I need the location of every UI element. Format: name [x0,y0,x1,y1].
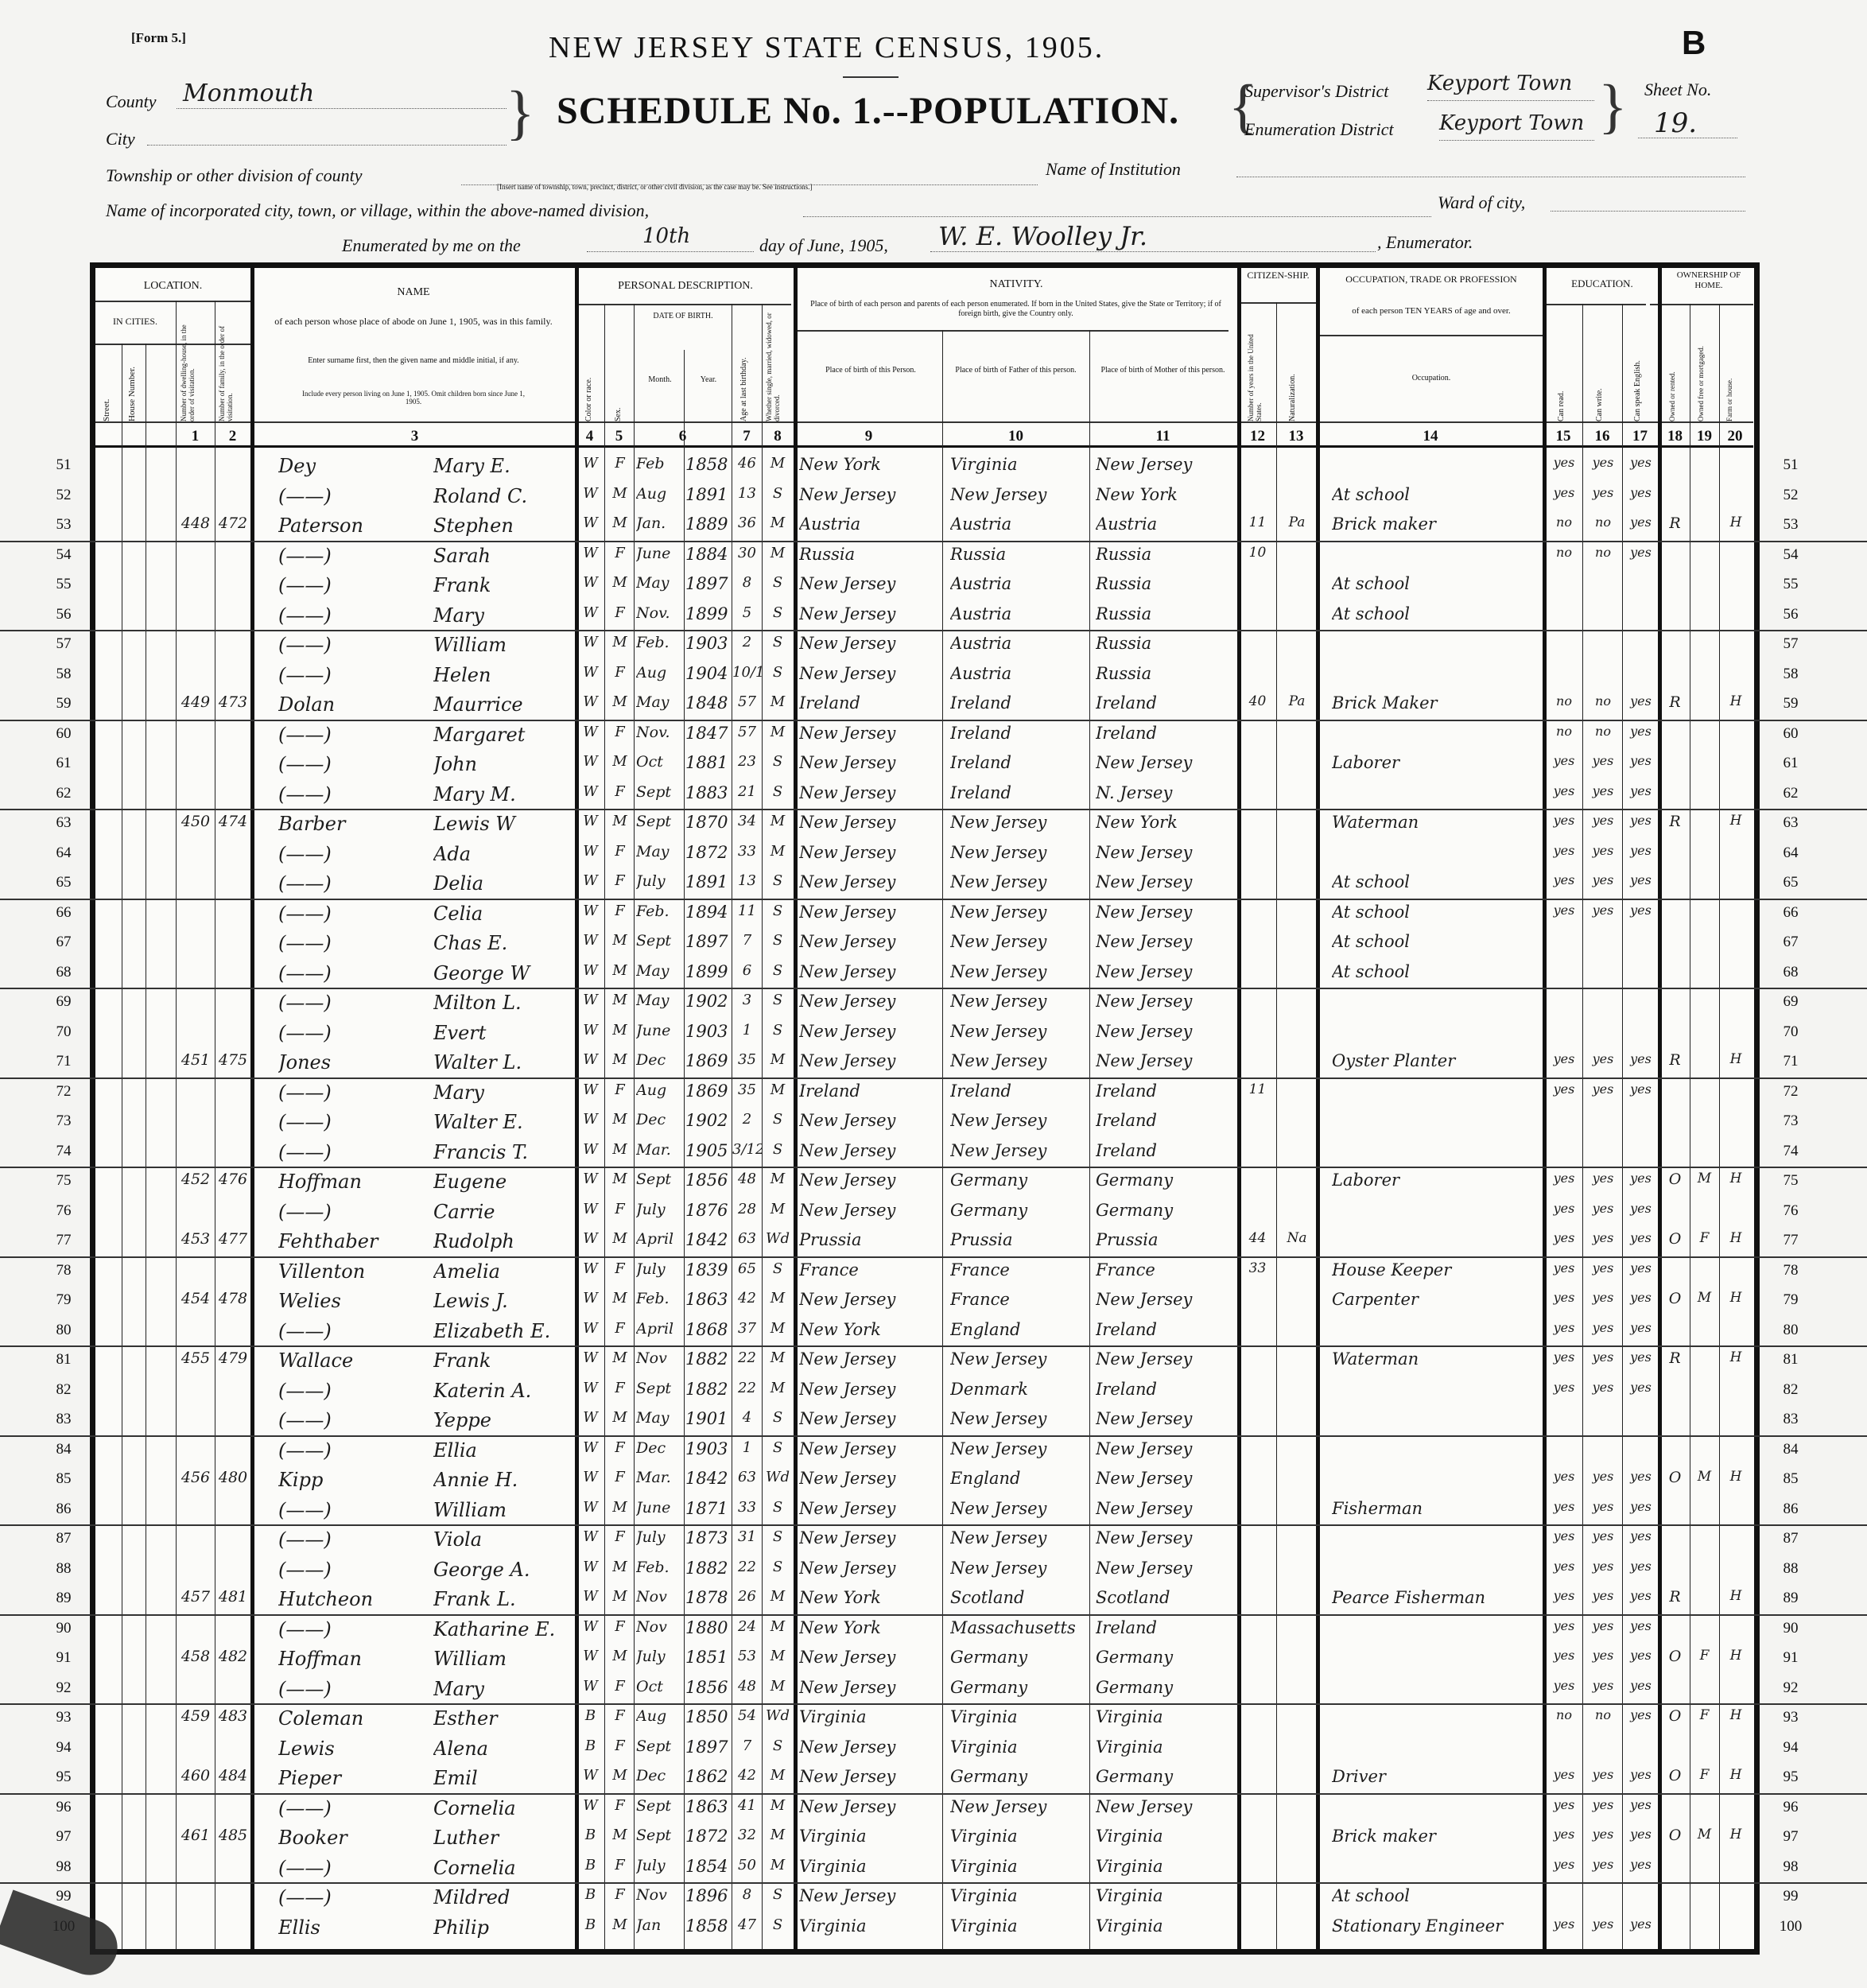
header-location: LOCATION. [95,280,250,293]
cell-pob: New Jersey [799,843,942,862]
col-divider [122,344,122,1950]
cell-age: 7 [732,932,762,949]
cell-sex: M [606,1349,634,1366]
cell-age: 53 [732,1648,762,1664]
row-number-left: 78 [40,1262,87,1279]
cell-sex: F [606,1528,634,1545]
cell-given: Elizabeth E. [433,1320,573,1342]
cell-read: yes [1546,1559,1582,1574]
cell-sex: F [606,1886,634,1903]
cell-age: 37 [732,1320,762,1337]
cell-occ: Oyster Planter [1332,1051,1539,1070]
cell-given: George A. [433,1559,573,1581]
cell-speak: yes [1624,545,1658,560]
cell-family: 478 [216,1290,250,1307]
col-num-18: 18 [1660,428,1690,445]
cell-month: May [636,693,684,711]
cell-father: Ireland [950,693,1089,712]
cell-own: R [1660,514,1690,532]
cell-year: 1878 [685,1588,732,1607]
cell-father: Austria [950,514,1089,534]
col-num-1: 1 [176,428,215,445]
cell-marital: M [763,545,793,561]
cell-speak: yes [1624,724,1658,739]
header-occupation-desc: of each person TEN YEARS of age and over… [1336,306,1527,316]
cell-sex: M [606,753,634,770]
cell-sex: F [606,872,634,889]
cell-marital: M [763,1588,793,1605]
cell-month: July [636,1857,684,1874]
cell-age: 26 [732,1588,762,1605]
cell-month: Feb [636,455,684,472]
county-field: Monmouth [177,80,507,109]
cell-surname: Villenton [278,1260,429,1283]
cell-color: W [576,1230,604,1247]
cell-month: Nov. [636,604,684,622]
cell-father: New Jersey [950,1111,1089,1130]
cell-family: 472 [216,514,250,532]
cell-mother: New Jersey [1096,962,1235,981]
cell-color: W [576,1559,604,1575]
cell-color: B [576,1738,604,1754]
row-number-right: 96 [1767,1799,1815,1816]
header-color: Color or race. [584,374,593,421]
cell-mother: Russia [1096,545,1235,564]
cell-mother: Russia [1096,574,1235,593]
cell-mother: New Jersey [1096,1022,1235,1041]
cell-write: yes [1584,485,1622,500]
cell-age: 4 [732,1409,762,1426]
row-number-left: 92 [40,1679,87,1697]
cell-surname: Wallace [278,1349,429,1372]
row-number-left: 51 [40,456,87,474]
cell-write: yes [1584,843,1622,858]
cell-month: Feb. [636,1559,684,1576]
header-can-write: Can write. [1595,366,1604,421]
cell-write: yes [1584,1051,1622,1066]
cell-age: 2 [732,1111,762,1128]
row-number-left: 75 [40,1172,87,1190]
cell-given: Philip [433,1916,573,1939]
header-farm-house: Farm or house. [1725,350,1733,421]
cell-farm: H [1720,1171,1752,1186]
cell-color: W [576,664,604,681]
header-occupation: Occupation. [1320,374,1543,383]
cell-age: 8 [732,1886,762,1903]
cell-pob: New Jersey [799,1528,942,1547]
col-divider [250,266,254,1951]
cell-occ: At school [1332,872,1539,891]
row-number-right: 87 [1767,1530,1815,1547]
ward-field [1551,203,1745,212]
cell-sex: M [606,514,634,531]
cell-occ: At school [1332,604,1539,623]
cell-speak: yes [1624,1469,1658,1484]
cell-year: 1856 [685,1171,732,1190]
col-num-4: 4 [575,428,604,445]
cell-year: 1869 [685,1051,732,1070]
cell-dwelling: 453 [177,1230,214,1248]
cell-color: W [576,962,604,979]
row-number-right: 65 [1767,874,1815,891]
row-number-right: 58 [1767,666,1815,683]
cell-color: W [576,992,604,1008]
cell-father: France [950,1260,1089,1279]
cell-year: 1858 [685,1916,732,1936]
cell-pob: New Jersey [799,1141,942,1160]
header-nativity-desc: Place of birth of each person and parent… [803,300,1228,318]
row-number-left: 56 [40,606,87,623]
cell-pob: New Jersey [799,1290,942,1309]
cell-mother: New Jersey [1096,1439,1235,1458]
cell-free: F [1690,1648,1719,1664]
cell-month: June [636,545,684,562]
cell-dwelling: 454 [177,1290,214,1307]
cell-color: W [576,1618,604,1635]
row-number-left: 65 [40,874,87,891]
cell-age: 3 [732,992,762,1008]
cell-marital: M [763,1797,793,1814]
row-number-right: 78 [1767,1262,1815,1279]
cell-speak: yes [1624,485,1658,500]
row-number-left: 83 [40,1411,87,1428]
cell-given: Celia [433,903,573,925]
sheet-letter: B [1682,24,1706,62]
cell-pob: New Jersey [799,1022,942,1041]
cell-occ: Laborer [1332,1171,1539,1190]
cell-marital: S [763,962,793,979]
cell-month: July [636,1201,684,1218]
cell-pob: New Jersey [799,604,942,623]
row-number-left: 81 [40,1351,87,1369]
cell-given: Mary [433,1081,573,1104]
cell-given: Walter L. [433,1051,573,1074]
cell-surname: (——) [278,1081,429,1104]
cell-farm: H [1720,693,1752,709]
cell-farm: H [1720,1349,1752,1365]
cell-given: Cornelia [433,1857,573,1879]
cell-pob: New Jersey [799,1678,942,1697]
cell-father: New Jersey [950,485,1089,504]
row-number-left: 70 [40,1023,87,1041]
cell-age: 23 [732,753,762,770]
cell-given: Mary E. [433,455,573,477]
row-number-right: 54 [1767,546,1815,564]
cell-read: yes [1546,1827,1582,1842]
row-group-divider [0,541,1867,542]
cell-father: Virginia [950,455,1089,474]
cell-father: Germany [950,1201,1089,1220]
enumerated-prefix: Enumerated by me on the [342,235,521,256]
cell-given: Eugene [433,1171,573,1193]
ward-label: Ward of city, [1438,192,1525,213]
cell-month: Nov [636,1886,684,1904]
col-divider [794,266,798,1951]
cell-farm: H [1720,1051,1752,1067]
header-ownership: OWNERSHIP OF HOME. [1662,270,1756,290]
cell-marital: M [763,724,793,740]
cell-mother: Germany [1096,1648,1235,1667]
cell-write: yes [1584,813,1622,828]
cell-write: no [1584,1707,1622,1722]
cell-pob: New Jersey [799,664,942,683]
header-personal: PERSONAL DESCRIPTION. [579,280,792,293]
cell-given: Lewis W [433,813,573,835]
cell-pob: Ireland [799,693,942,712]
cell-father: Austria [950,604,1089,623]
cell-read: no [1546,514,1582,530]
row-group-divider [0,720,1867,721]
cell-color: W [576,1081,604,1098]
cell-year: 1862 [685,1767,732,1786]
cell-marital: S [763,1111,793,1128]
cell-farm: H [1720,1827,1752,1842]
cell-color: B [576,1916,604,1933]
cell-given: Chas E. [433,932,573,954]
cell-father: Massachusetts [950,1618,1089,1637]
row-number-left: 57 [40,635,87,653]
row-number-right: 84 [1767,1441,1815,1458]
cell-write: yes [1584,1201,1622,1216]
row-number-right: 81 [1767,1351,1815,1369]
cell-month: July [636,1528,684,1546]
cell-farm: H [1720,1588,1752,1604]
cell-mother: New York [1096,813,1235,832]
row-number-right: 67 [1767,934,1815,951]
cell-month: May [636,574,684,592]
cell-color: W [576,753,604,770]
cell-color: W [576,1648,604,1664]
cell-read: yes [1546,813,1582,828]
cell-sex: M [606,962,634,979]
cell-surname: (——) [278,485,429,507]
cell-surname: (——) [278,1141,429,1163]
cell-sex: M [606,1022,634,1039]
cell-color: W [576,1022,604,1039]
cell-color: W [576,1349,604,1366]
cell-age: 6 [732,962,762,979]
row-number-left: 95 [40,1769,87,1786]
cell-month: June [636,1499,684,1516]
cell-farm: H [1720,1469,1752,1485]
header-rule [1547,304,1646,305]
cell-marital: M [763,1648,793,1664]
cell-speak: yes [1624,455,1658,470]
cell-father: New Jersey [950,1349,1089,1369]
cell-read: yes [1546,1380,1582,1395]
cell-sex: F [606,545,634,561]
cell-read: yes [1546,485,1582,500]
row-number-left: 54 [40,546,87,564]
cell-pob: New York [799,1588,942,1607]
cell-occ: At school [1332,932,1539,951]
cell-free: M [1690,1290,1719,1306]
cell-read: yes [1546,1618,1582,1633]
row-number-left: 69 [40,993,87,1011]
cell-color: W [576,1260,604,1277]
cell-pob: Ireland [799,1081,942,1101]
cell-marital: M [763,1051,793,1068]
header-education: EDUCATION. [1547,278,1658,290]
header-name-desc1: of each person whose place of abode on J… [270,316,557,328]
cell-age: 31 [732,1528,762,1545]
cell-family: 479 [216,1349,250,1367]
cell-marital: S [763,992,793,1008]
cell-surname: Dey [278,455,429,477]
cell-father: Germany [950,1648,1089,1667]
cell-given: Ellia [433,1439,573,1462]
row-number-right: 94 [1767,1739,1815,1757]
cell-month: Feb. [636,1290,684,1307]
row-group-divider [0,1435,1867,1437]
cell-surname: (——) [278,1380,429,1402]
cell-father: New Jersey [950,1528,1089,1547]
cell-read: yes [1546,1260,1582,1276]
cell-mother: Scotland [1096,1588,1235,1607]
cell-year: 1872 [685,843,732,862]
cell-month: Aug [636,664,684,681]
cell-father: England [950,1469,1089,1488]
cell-marital: S [763,485,793,502]
cell-sex: M [606,1409,634,1426]
cell-pob: New Jersey [799,1797,942,1816]
cell-surname: Lewis [278,1738,429,1760]
cell-farm: H [1720,1230,1752,1246]
cell-age: 42 [732,1767,762,1784]
cell-write: yes [1584,1857,1622,1872]
row-number-right: 93 [1767,1709,1815,1726]
cell-mother: New Jersey [1096,1499,1235,1518]
cell-pob: New Jersey [799,872,942,891]
cell-marital: S [763,574,793,591]
cell-mother: New Jersey [1096,753,1235,772]
cell-mother: New Jersey [1096,455,1235,474]
row-number-left: 76 [40,1202,87,1220]
cell-given: Stephen [433,514,573,537]
cell-sex: F [606,1469,634,1485]
row-number-left: 72 [40,1083,87,1101]
row-number-right: 90 [1767,1620,1815,1637]
cell-month: Aug [636,1081,684,1099]
cell-surname: Hoffman [278,1648,429,1670]
row-number-right: 79 [1767,1291,1815,1309]
header-age: Age at last birthday. [739,334,748,421]
cell-write: yes [1584,1916,1622,1932]
cell-pob: New Jersey [799,1767,942,1786]
row-number-left: 61 [40,755,87,772]
cell-given: William [433,1648,573,1670]
row-number-left: 59 [40,695,87,712]
cell-father: New Jersey [950,1409,1089,1428]
cell-surname: Kipp [278,1469,429,1491]
row-number-left: 67 [40,934,87,951]
cell-age: 8 [732,574,762,591]
col-num-11: 11 [1089,428,1236,445]
col-num-12: 12 [1239,428,1276,445]
cell-given: Frank [433,574,573,596]
cell-read: yes [1546,455,1582,470]
cell-write: yes [1584,1618,1622,1633]
cell-month: Jan [636,1916,684,1934]
cell-mother: New Jersey [1096,1409,1235,1428]
cell-month: Oct [636,753,684,771]
cell-sex: F [606,1797,634,1814]
cell-write: yes [1584,1767,1622,1782]
cell-speak: yes [1624,843,1658,858]
cell-mother: New Jersey [1096,1349,1235,1369]
cell-father: Russia [950,545,1089,564]
col-num-10: 10 [942,428,1089,445]
cell-occ: Driver [1332,1767,1539,1786]
cell-surname: (——) [278,962,429,984]
cell-marital: M [763,1618,793,1635]
row-number-right: 63 [1767,814,1815,832]
cell-father: New Jersey [950,1559,1089,1578]
row-number-left: 77 [40,1232,87,1249]
cell-given: Katerin A. [433,1380,573,1402]
row-number-right: 100 [1767,1918,1815,1936]
cell-month: Jan. [636,514,684,532]
cell-year: 1873 [685,1528,732,1547]
row-number-right: 89 [1767,1590,1815,1607]
row-number-left: 87 [40,1530,87,1547]
cell-father: Virginia [950,1707,1089,1726]
cell-marital: Wd [763,1469,793,1485]
cell-father: Ireland [950,724,1089,743]
header-rule [95,445,1753,448]
cell-sex: M [606,1290,634,1307]
header-rule [1320,335,1543,336]
cell-own: O [1660,1767,1690,1784]
cell-month: Aug [636,1707,684,1725]
cell-read: yes [1546,1499,1582,1514]
cell-dwelling: 451 [177,1051,214,1069]
cell-year: 1902 [685,992,732,1011]
cell-mother: Germany [1096,1767,1235,1786]
cell-year: 1897 [685,932,732,951]
cell-sex: F [606,455,634,472]
cell-pob: New Jersey [799,903,942,922]
row-number-right: 69 [1767,993,1815,1011]
cell-marital: M [763,1081,793,1098]
cell-surname: Hoffman [278,1171,429,1193]
cell-occ: At school [1332,574,1539,593]
row-number-left: 89 [40,1590,87,1607]
cell-given: Carrie [433,1201,573,1223]
row-number-left: 62 [40,785,87,802]
cell-family: 477 [216,1230,250,1248]
cell-mother: New Jersey [1096,992,1235,1011]
cell-years: 10 [1239,545,1276,561]
cell-marital: M [763,1349,793,1366]
cell-pob: New Jersey [799,1201,942,1220]
cell-surname: Hutcheon [278,1588,429,1610]
cell-sex: F [606,1320,634,1337]
cell-color: W [576,1111,604,1128]
cell-color: W [576,903,604,919]
enumeration-value: Keyport Town [1439,111,1584,135]
cell-year: 1881 [685,753,732,772]
cell-read: no [1546,545,1582,560]
cell-surname: (——) [278,634,429,656]
row-group-divider [0,899,1867,900]
cell-given: Annie H. [433,1469,573,1491]
cell-father: New Jersey [950,903,1089,922]
cell-marital: S [763,932,793,949]
header-pob-father: Place of birth of Father of this person. [946,366,1085,375]
cell-month: Nov [636,1349,684,1367]
cell-year: 1856 [685,1678,732,1697]
